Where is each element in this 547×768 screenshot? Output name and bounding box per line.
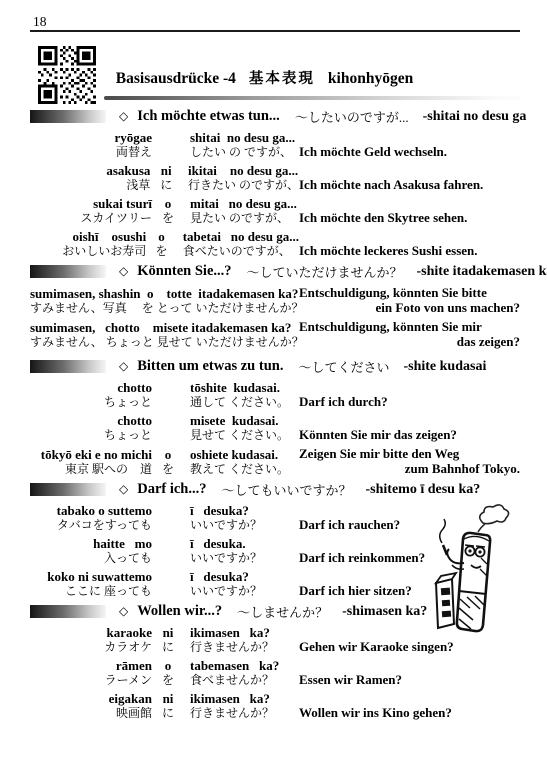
page-number: 18 — [30, 14, 520, 29]
section-title-german: Bitten um etwas zu tun. — [137, 358, 283, 375]
romaji-text: haitte mo — [30, 537, 152, 551]
romaji-text: ni — [150, 164, 182, 178]
japanese-text: 食べませんか？ — [190, 673, 279, 687]
japanese-phrase: ryōgae 両替え shitai no desu ga... したい の です… — [30, 131, 299, 159]
japanese-text: を — [146, 244, 176, 258]
phrase-subject: haitte mo 入っても — [30, 537, 152, 565]
phrase-row: tōkyō eki e no michi 東京 駅への 道 o を oshiet… — [30, 447, 520, 476]
romaji-text: chotto — [30, 414, 152, 428]
romaji-text: sukai tsurī — [30, 197, 152, 211]
section-title-german: Könnten Sie...? — [137, 263, 231, 280]
section-title-romaji: -shite itadakemasen ka ? — [417, 264, 547, 280]
german-translation: Darf ich rauchen? — [299, 518, 520, 533]
phrase-row: asakusa 浅草 ni に ikitai no desu ga... 行きた… — [30, 164, 520, 192]
phrase-row: sumimasen, shashin o totte itadakemasen … — [30, 286, 520, 315]
phrase-particle: ni に — [152, 626, 184, 654]
romaji-text: ī desuka? — [190, 570, 262, 584]
japanese-text: に — [152, 640, 184, 654]
german-translation-line: Wollen wir ins Kino gehen? — [299, 706, 520, 721]
phrase-particle: ni に — [152, 692, 184, 720]
german-translation: Essen wir Ramen? — [299, 673, 520, 688]
section-title-romaji: -shimasen ka? — [342, 604, 427, 620]
phrase-row: rāmen ラーメン o を tabemasen ka? 食べませんか？ Ess… — [30, 659, 520, 687]
phrase-subject: oishī osushi おいしいお寿司 — [30, 230, 146, 258]
phrase-subject: rāmen ラーメン — [30, 659, 152, 687]
section-header: ◇ Bitten um etwas zu tun. ～してください -shite… — [30, 358, 520, 375]
section-gradient-bar — [30, 483, 106, 496]
german-translation-line: Ich möchte nach Asakusa fahren. — [299, 178, 520, 193]
japanese-text: ここに 座っても — [30, 584, 152, 598]
japanese-text: に — [152, 706, 184, 720]
romaji-text: asakusa — [30, 164, 150, 178]
german-translation: Darf ich reinkommen? — [299, 551, 520, 566]
phrase-particle: ni に — [150, 164, 182, 192]
qr-code-graphic — [38, 44, 96, 106]
section-gradient-bar — [30, 360, 106, 373]
japanese-phrase: karaoke カラオケ ni に ikimasen ka? 行きませんか？ — [30, 626, 299, 654]
section-header: ◇ Darf ich...? ～してもいいですか？ -shitemo ī des… — [30, 481, 520, 498]
phrase-predicate: tabetai no desu ga... 食べたいのですが、 — [177, 230, 299, 258]
japanese-text: 食べたいのですが、 — [183, 244, 299, 258]
romaji-text: ī desuka? — [190, 504, 262, 518]
romaji-text: tōkyō eki e no michi — [30, 448, 152, 462]
german-translation: Zeigen Sie mir bitte den Wegzum Bahnhof … — [299, 447, 520, 476]
german-translation: Gehen wir Karaoke singen? — [299, 640, 520, 655]
diamond-icon: ◇ — [119, 263, 128, 280]
german-translation: Ich möchte leckeres Sushi essen. — [299, 244, 520, 259]
phrase-predicate: oshiete kudasai. 教えて ください。 — [184, 448, 289, 476]
romaji-text: karaoke — [30, 626, 152, 640]
section-title-german: Darf ich...? — [137, 481, 206, 498]
section-title-japanese: ～したいのですが... — [295, 107, 409, 126]
japanese-text: を — [152, 462, 184, 476]
german-translation-line: Darf ich rauchen? — [299, 518, 520, 533]
japanese-text: カラオケ — [30, 640, 152, 654]
romaji-text: rāmen — [30, 659, 152, 673]
japanese-text: 浅草 — [30, 178, 150, 192]
german-translation-line: Könnten Sie mir das zeigen? — [299, 428, 520, 443]
phrase-subject: tabako o suttemo タバコをすっても — [30, 504, 152, 532]
section-header: ◇ Könnten Sie...? ～していただけませんか？ -shite it… — [30, 263, 520, 280]
phrase-row: sukai tsurī スカイツリー o を mitai no desu ga.… — [30, 197, 520, 225]
section-title-romaji: -shite kudasai — [403, 359, 486, 375]
phrase-row: eigakan 映画館 ni に ikimasen ka? 行きませんか？ Wo… — [30, 692, 520, 720]
phrase-predicate: ikitai no desu ga... 行きたい のですが、 — [182, 164, 299, 192]
japanese-text: おいしいお寿司 — [30, 244, 146, 258]
phrase-particle: o を — [152, 448, 184, 476]
phrase-subject: koko ni suwattemo ここに 座っても — [30, 570, 152, 598]
section-title-romaji: -shitai no desu ga — [423, 109, 527, 125]
romaji-text: mitai no desu ga... — [190, 197, 297, 211]
japanese-text: を — [152, 673, 184, 687]
phrase-particle: o を — [152, 197, 184, 225]
japanese-text: に — [150, 178, 182, 192]
german-translation: Ich möchte den Skytree sehen. — [299, 211, 520, 226]
german-translation-line: ein Foto von uns machen? — [299, 301, 520, 316]
section-title-romaji: -shitemo ī desu ka? — [366, 482, 481, 498]
romaji-text: ikimasen ka? — [190, 626, 274, 640]
phrase-row: koko ni suwattemo ここに 座っても ī desuka? いいで… — [30, 570, 520, 598]
japanese-phrase: koko ni suwattemo ここに 座っても ī desuka? いいで… — [30, 570, 299, 598]
diamond-icon: ◇ — [119, 108, 128, 125]
romaji-text: sumimasen, chotto misete itadakemasen ka… — [30, 321, 299, 335]
phrase-row: oishī osushi おいしいお寿司 o を tabetai no desu… — [30, 230, 520, 258]
german-translation: Entschuldigung, könnten Sie mirdas zeige… — [299, 320, 520, 349]
diamond-icon: ◇ — [119, 603, 128, 620]
phrase-predicate: ikimasen ka? 行きませんか？ — [184, 692, 274, 720]
section-header: ◇ Ich möchte etwas tun... ～したいのですが... -s… — [30, 108, 520, 125]
japanese-phrase: sumimasen, chotto misete itadakemasen ka… — [30, 321, 299, 349]
romaji-text: o — [152, 448, 184, 462]
japanese-phrase: sumimasen, shashin o totte itadakemasen … — [30, 287, 299, 315]
phrase-subject: ryōgae 両替え — [30, 131, 152, 159]
romaji-text: tabetai no desu ga... — [183, 230, 299, 244]
german-translation: Darf ich hier sitzen? — [299, 584, 520, 599]
romaji-text: ī desuka. — [190, 537, 262, 551]
romaji-text: sumimasen, shashin o totte itadakemasen … — [30, 287, 299, 301]
section-gradient-bar — [30, 605, 106, 618]
phrase-predicate: tabemasen ka? 食べませんか？ — [184, 659, 279, 687]
page-header-rule: 18 — [30, 14, 520, 32]
section-title-japanese: ～してください — [298, 357, 389, 376]
japanese-text: 行きませんか？ — [190, 640, 274, 654]
section-rows: sumimasen, shashin o totte itadakemasen … — [30, 286, 520, 349]
title-block: Basisausdrücke -4基本表現kihonhyōgen — [30, 44, 520, 106]
german-translation: Wollen wir ins Kino gehen? — [299, 706, 520, 721]
japanese-phrase: chotto ちょっと tōshite kudasai. 通して ください。 — [30, 381, 299, 409]
japanese-text: 両替え — [30, 145, 152, 159]
section-title-german: Ich möchte etwas tun... — [137, 108, 280, 125]
phrase-predicate: ī desuka. いいですか？ — [184, 537, 262, 565]
japanese-text: タバコをすっても — [30, 518, 152, 532]
sections-container: ◇ Ich möchte etwas tun... ～したいのですが... -s… — [30, 108, 520, 720]
romaji-text: tōshite kudasai. — [190, 381, 289, 395]
german-translation-line: Zeigen Sie mir bitte den Weg — [299, 447, 520, 462]
title-underline-gradient — [104, 96, 520, 100]
phrase-predicate: ī desuka? いいですか？ — [184, 504, 262, 532]
german-translation: Entschuldigung, könnten Sie bitteein Fot… — [299, 286, 520, 315]
german-translation-line: Ich möchte Geld wechseln. — [299, 145, 520, 160]
section-gradient-bar — [30, 265, 106, 278]
german-translation-line: Ich möchte leckeres Sushi essen. — [299, 244, 520, 259]
japanese-text: 教えて ください。 — [190, 462, 289, 476]
section-rows: tabako o suttemo タバコをすっても ī desuka? いいです… — [30, 504, 520, 598]
phrase-subject: chotto ちょっと — [30, 381, 152, 409]
phrase-predicate: ikimasen ka? 行きませんか？ — [184, 626, 274, 654]
japanese-text: 東京 駅への 道 — [30, 462, 152, 476]
japanese-text: ちょっと — [30, 428, 152, 442]
japanese-phrase: eigakan 映画館 ni に ikimasen ka? 行きませんか？ — [30, 692, 299, 720]
section-title-japanese: ～しませんか？ — [237, 602, 328, 621]
german-translation: Ich möchte nach Asakusa fahren. — [299, 178, 520, 193]
romaji-text: tabako o suttemo — [30, 504, 152, 518]
japanese-phrase: rāmen ラーメン o を tabemasen ka? 食べませんか？ — [30, 659, 299, 687]
german-translation-line: Ich möchte den Skytree sehen. — [299, 211, 520, 226]
japanese-text: スカイツリー — [30, 211, 152, 225]
phrase-subject: karaoke カラオケ — [30, 626, 152, 654]
japanese-text: 通して ください。 — [190, 395, 289, 409]
phrase-row: chotto ちょっと misete kudasai. 見せて ください。 Kö… — [30, 414, 520, 442]
japanese-phrase: chotto ちょっと misete kudasai. 見せて ください。 — [30, 414, 299, 442]
page-content: 18 Basisausdrücke -4基 — [30, 14, 520, 725]
phrase-subject: chotto ちょっと — [30, 414, 152, 442]
japanese-text: 行きたい のですが、 — [188, 178, 299, 192]
german-translation-line: zum Bahnhof Tokyo. — [299, 462, 520, 477]
japanese-text: いいですか？ — [190, 584, 262, 598]
diamond-icon: ◇ — [119, 481, 128, 498]
phrase-row: chotto ちょっと tōshite kudasai. 通して ください。 D… — [30, 381, 520, 409]
phrase-section: ◇ Ich möchte etwas tun... ～したいのですが... -s… — [30, 108, 520, 258]
german-translation-line: Entschuldigung, könnten Sie mir — [299, 320, 520, 335]
romaji-text: koko ni suwattemo — [30, 570, 152, 584]
german-translation: Ich möchte Geld wechseln. — [299, 145, 520, 160]
german-translation-line: Entschuldigung, könnten Sie bitte — [299, 286, 520, 301]
phrase-subject: asakusa 浅草 — [30, 164, 150, 192]
romaji-text: oishī osushi — [30, 230, 146, 244]
romaji-text: ni — [152, 626, 184, 640]
romaji-text: o — [152, 197, 184, 211]
japanese-text: 映画館 — [30, 706, 152, 720]
page-title-japanese: 基本表現 — [249, 71, 315, 87]
phrase-row: sumimasen, chotto misete itadakemasen ka… — [30, 320, 520, 349]
romaji-text: o — [146, 230, 176, 244]
title-wrap: Basisausdrücke -4基本表現kihonhyōgen — [104, 44, 520, 106]
page-title-german: Basisausdrücke -4 — [116, 70, 236, 87]
phrase-predicate: ī desuka? いいですか？ — [184, 570, 262, 598]
section-rows: ryōgae 両替え shitai no desu ga... したい の です… — [30, 131, 520, 258]
phrase-row: haitte mo 入っても ī desuka. いいですか？ Darf ich… — [30, 537, 520, 565]
section-title-german: Wollen wir...? — [137, 603, 222, 620]
phrase-section: ◇ Darf ich...? ～してもいいですか？ -shitemo ī des… — [30, 481, 520, 598]
japanese-text: すみません、 ちょっと 見せて いただけませんか？ — [30, 335, 299, 349]
japanese-phrase: haitte mo 入っても ī desuka. いいですか？ — [30, 537, 299, 565]
section-rows: chotto ちょっと tōshite kudasai. 通して ください。 D… — [30, 381, 520, 476]
japanese-text: 行きませんか？ — [190, 706, 274, 720]
german-translation-line: Darf ich reinkommen? — [299, 551, 520, 566]
japanese-text: を — [152, 211, 184, 225]
japanese-text: ラーメン — [30, 673, 152, 687]
phrase-subject: sukai tsurī スカイツリー — [30, 197, 152, 225]
japanese-text: ちょっと — [30, 395, 152, 409]
page-title: Basisausdrücke -4基本表現kihonhyōgen — [104, 67, 520, 88]
japanese-text: すみません、写真 を とって いただけませんか？ — [30, 301, 299, 315]
page-title-romaji: kihonhyōgen — [328, 70, 413, 87]
romaji-text: ikimasen ka? — [190, 692, 274, 706]
romaji-text: oshiete kudasai. — [190, 448, 289, 462]
phrase-predicate: tōshite kudasai. 通して ください。 — [184, 381, 289, 409]
german-translation-line: Essen wir Ramen? — [299, 673, 520, 688]
japanese-phrase: tabako o suttemo タバコをすっても ī desuka? いいです… — [30, 504, 299, 532]
romaji-text: tabemasen ka? — [190, 659, 279, 673]
section-rows: karaoke カラオケ ni に ikimasen ka? 行きませんか？ G… — [30, 626, 520, 720]
japanese-text: 見せて ください。 — [190, 428, 289, 442]
romaji-text: shitai no desu ga... — [190, 131, 295, 145]
japanese-phrase: oishī osushi おいしいお寿司 o を tabetai no desu… — [30, 230, 299, 258]
section-gradient-bar — [30, 110, 106, 123]
german-translation-line: Darf ich durch? — [299, 395, 520, 410]
diamond-icon: ◇ — [119, 358, 128, 375]
romaji-text: o — [152, 659, 184, 673]
phrase-predicate: misete kudasai. 見せて ください。 — [184, 414, 289, 442]
romaji-text: ni — [152, 692, 184, 706]
romaji-text: ikitai no desu ga... — [188, 164, 299, 178]
german-translation: Darf ich durch? — [299, 395, 520, 410]
textbook-page: 18 Basisausdrücke -4基 — [0, 0, 547, 768]
phrase-subject: tōkyō eki e no michi 東京 駅への 道 — [30, 448, 152, 476]
section-title-japanese: ～してもいいですか？ — [222, 480, 352, 499]
german-translation-line: Gehen wir Karaoke singen? — [299, 640, 520, 655]
phrase-section: ◇ Wollen wir...? ～しませんか？ -shimasen ka? k… — [30, 603, 520, 720]
romaji-text: misete kudasai. — [190, 414, 289, 428]
romaji-text: chotto — [30, 381, 152, 395]
romaji-text: eigakan — [30, 692, 152, 706]
phrase-particle: o を — [152, 659, 184, 687]
japanese-text: いいですか？ — [190, 518, 262, 532]
japanese-phrase: tōkyō eki e no michi 東京 駅への 道 o を oshiet… — [30, 448, 299, 476]
romaji-text: ryōgae — [30, 131, 152, 145]
phrase-section: ◇ Könnten Sie...? ～していただけませんか？ -shite it… — [30, 263, 520, 349]
japanese-phrase: asakusa 浅草 ni に ikitai no desu ga... 行きた… — [30, 164, 299, 192]
japanese-text: いいですか？ — [190, 551, 262, 565]
phrase-row: tabako o suttemo タバコをすっても ī desuka? いいです… — [30, 504, 520, 532]
phrase-particle: o を — [146, 230, 176, 258]
german-translation-line: Darf ich hier sitzen? — [299, 584, 520, 599]
phrase-row: ryōgae 両替え shitai no desu ga... したい の です… — [30, 131, 520, 159]
japanese-phrase: sukai tsurī スカイツリー o を mitai no desu ga.… — [30, 197, 299, 225]
german-translation-line: das zeigen? — [299, 335, 520, 350]
section-title-japanese: ～していただけませんか？ — [247, 262, 403, 281]
japanese-text: 見たい のですが、 — [190, 211, 297, 225]
section-header: ◇ Wollen wir...? ～しませんか？ -shimasen ka? — [30, 603, 520, 620]
phrase-predicate: shitai no desu ga... したい の ですが、 — [184, 131, 295, 159]
phrase-subject: eigakan 映画館 — [30, 692, 152, 720]
phrase-row: karaoke カラオケ ni に ikimasen ka? 行きませんか？ G… — [30, 626, 520, 654]
phrase-predicate: mitai no desu ga... 見たい のですが、 — [184, 197, 297, 225]
japanese-text: 入っても — [30, 551, 152, 565]
german-translation: Könnten Sie mir das zeigen? — [299, 428, 520, 443]
japanese-text: したい の ですが、 — [190, 145, 295, 159]
phrase-section: ◇ Bitten um etwas zu tun. ～してください -shite… — [30, 358, 520, 476]
qr-code — [38, 44, 96, 106]
